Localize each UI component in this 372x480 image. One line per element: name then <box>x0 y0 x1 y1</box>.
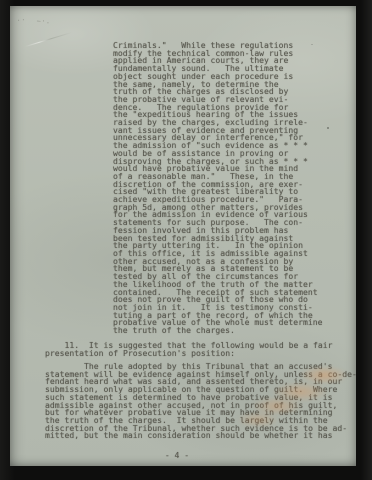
paper-speck <box>327 127 329 129</box>
typed-line: presentation of Prosecution's position: <box>45 350 333 358</box>
paragraph-11-heading: 11. It is suggested that the following w… <box>45 342 333 357</box>
typed-line: mitted, but the main consideration shoul… <box>45 432 357 440</box>
typed-line: the truth of the charges. <box>113 327 323 335</box>
document-page: ·· –·. Criminals." While these regulatio… <box>10 6 356 466</box>
page-number: - 4 - <box>147 452 207 460</box>
block-quote-regulations: Criminals." While these regulationsmodif… <box>113 42 323 335</box>
scan-background: ·· –·. Criminals." While these regulatio… <box>0 0 372 480</box>
paragraph-prosecution-position: The rule adopted by this Tribunal that a… <box>45 363 357 440</box>
pencil-mark: –·. <box>37 18 51 26</box>
paper-crease <box>25 32 72 47</box>
pencil-mark: ·· <box>17 17 27 25</box>
